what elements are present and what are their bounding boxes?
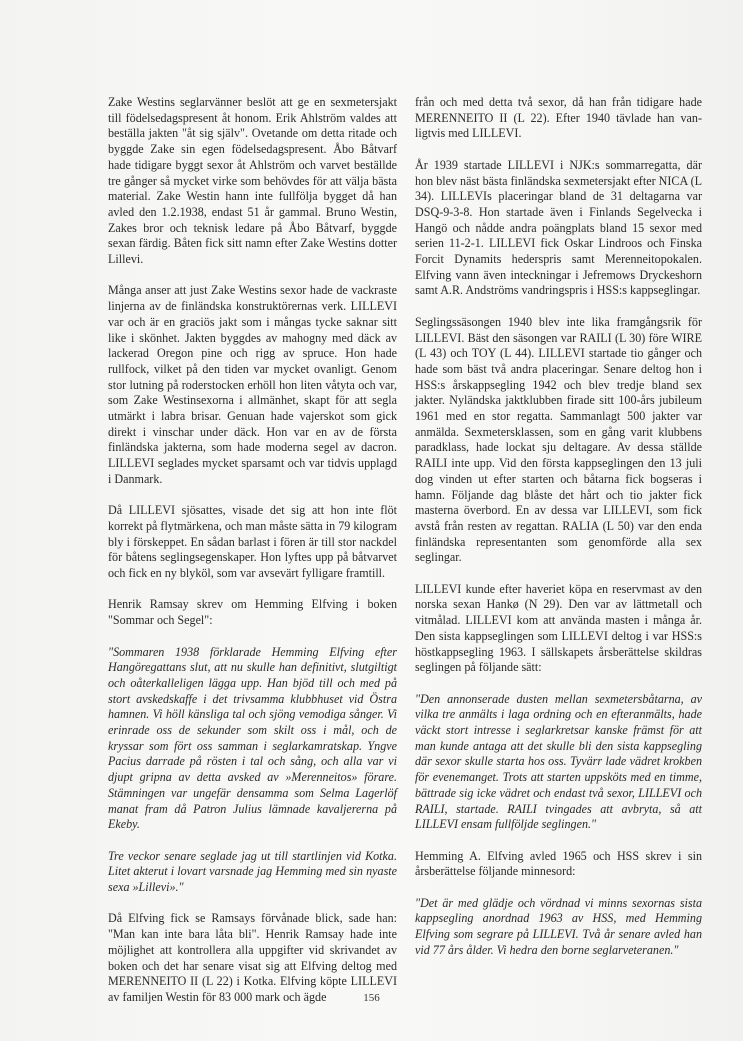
paragraph: Seglingssäsongen 1940 blev inte lika fra… bbox=[415, 315, 702, 566]
block-quote: "Sommaren 1938 förklarade Hemming Elfvin… bbox=[108, 645, 397, 833]
block-quote: "Det är med glädje och vördnad vi minns … bbox=[415, 896, 702, 959]
paragraph: Hemming A. Elfving avled 1965 och HSS sk… bbox=[415, 849, 702, 880]
page-number: 156 bbox=[0, 992, 743, 1004]
paragraph: Många anser att just Zake Westins sexor … bbox=[108, 283, 397, 487]
paragraph: Zake Westins seglarvänner beslöt att ge … bbox=[108, 95, 397, 268]
paragraph: från och med detta två sexor, då han frå… bbox=[415, 95, 702, 142]
left-column: Zake Westins seglarvänner beslöt att ge … bbox=[108, 95, 397, 1021]
paragraph: Henrik Ramsay skrev om Hemming Elfving i… bbox=[108, 597, 397, 628]
right-column: från och med detta två sexor, då han frå… bbox=[415, 95, 702, 974]
paragraph: År 1939 startade LILLEVI i NJK:s sommarr… bbox=[415, 158, 702, 299]
paragraph: LILLEVI kunde efter haveriet köpa en res… bbox=[415, 582, 702, 676]
paragraph: Då LILLEVI sjösattes, visade det sig att… bbox=[108, 503, 397, 582]
block-quote: Tre veckor senare seglade jag ut till st… bbox=[108, 849, 397, 896]
book-page: Zake Westins seglarvänner beslöt att ge … bbox=[0, 0, 743, 1041]
block-quote: "Den annonserade dusten mellan sexmeters… bbox=[415, 692, 702, 833]
